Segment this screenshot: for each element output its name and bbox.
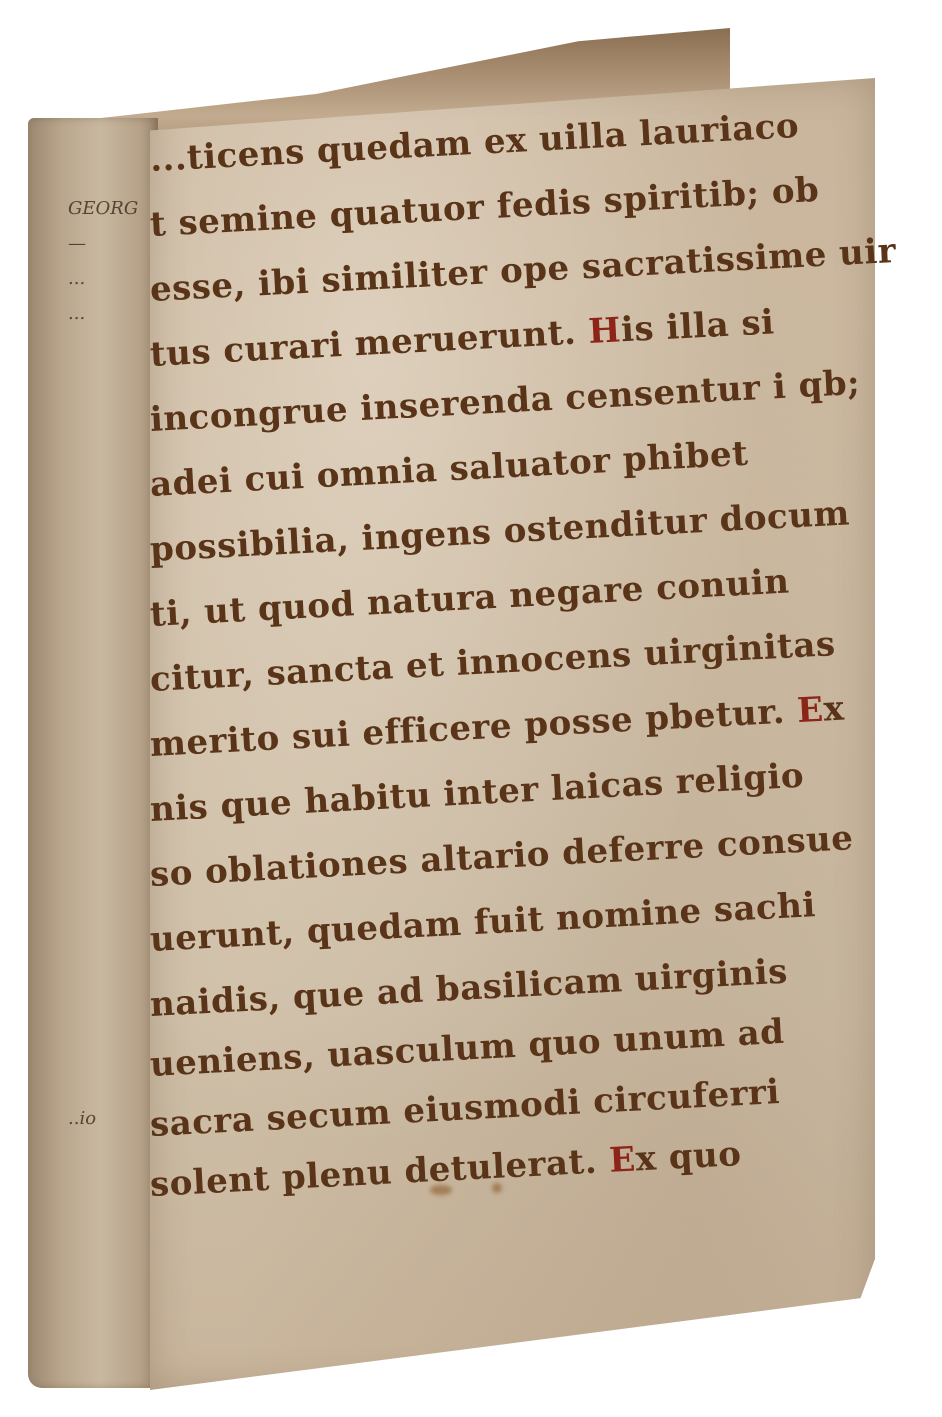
rubric-initial: E <box>608 1140 636 1181</box>
spine-label-line: ... <box>68 303 85 324</box>
spine-label-line: ... <box>68 268 85 289</box>
ink-stain <box>492 1183 502 1193</box>
spine-label-line: — <box>68 233 86 254</box>
spine-label-line: GEORG <box>68 198 138 219</box>
spine-bottom-label: ..io <box>68 1108 96 1129</box>
book-spine: GEORG — ... ... ..io <box>28 118 158 1388</box>
rubric-initial: H <box>587 310 622 352</box>
ink-stain <box>430 1185 452 1195</box>
rubric-initial: E <box>796 690 824 731</box>
book-photo: GEORG — ... ... ..io ...ticens quedam ex… <box>0 0 942 1417</box>
